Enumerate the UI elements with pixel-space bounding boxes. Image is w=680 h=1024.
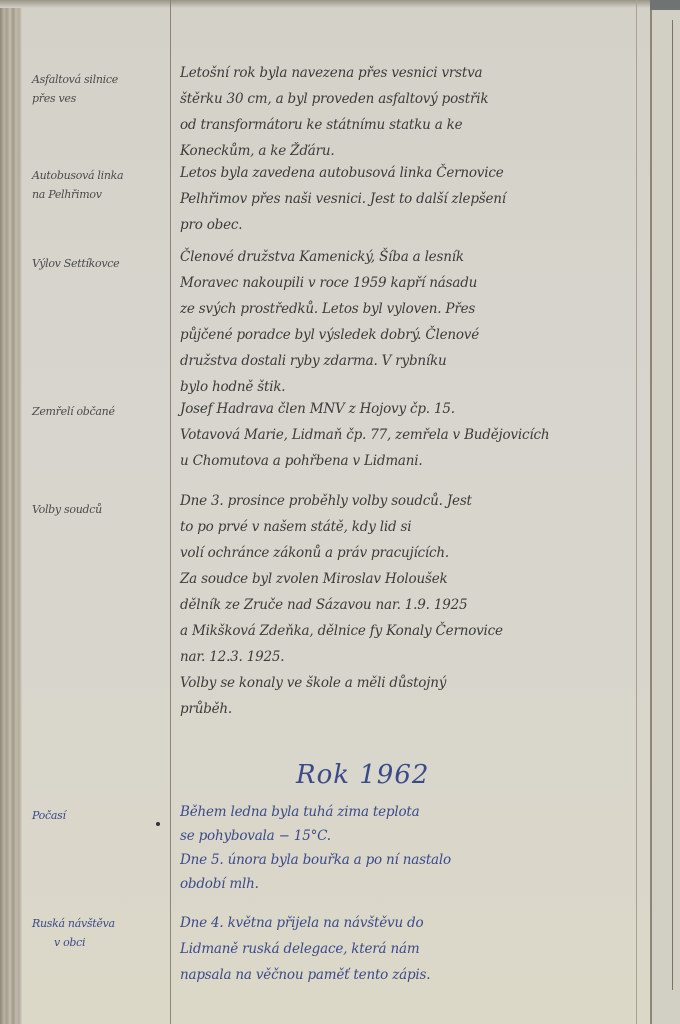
text-line: Dne 5. února byla bouřka a po ní nastalo (180, 848, 635, 872)
text-line: štěrku 30 cm, a byl proveden asfaltový p… (180, 86, 635, 112)
label-line: Asfaltová silnice (32, 70, 164, 89)
label-line: Volby soudců (32, 500, 164, 519)
text-line: družstva dostali ryby zdarma. V rybníku (180, 348, 635, 374)
text-line: pro obec. (180, 212, 635, 238)
year-heading: Rok 1962 (296, 760, 429, 790)
label-line: v obci (32, 933, 164, 952)
entry-text-fish-harvest: Členové družstva Kamenický, Šíba a lesní… (180, 244, 635, 400)
text-line: Volby se konaly ve škole a měli důstojný (180, 670, 635, 696)
label-line: Zemřelí občané (32, 402, 164, 421)
text-line: Josef Hadrava člen MNV z Hojovy čp. 15. (180, 396, 635, 422)
text-line: Letošní rok byla navezena přes vesnici v… (180, 60, 635, 86)
adjacent-page-edge (650, 0, 680, 1024)
text-line: Za soudce byl zvolen Miroslav Holoušek (180, 566, 635, 592)
entry-text-bus-line: Letos byla zavedena autobusová linka Čer… (180, 160, 635, 238)
label-line: na Pelhřimov (32, 185, 164, 204)
entry-label-weather: Počasí (32, 806, 164, 825)
entry-label-bus-line: Autobusová linka na Pelhřimov (32, 166, 164, 204)
text-line: Členové družstva Kamenický, Šíba a lesní… (180, 244, 635, 270)
label-line: Autobusová linka (32, 166, 164, 185)
entry-text-russian-visit: Dne 4. května přijela na návštěvu do Lid… (180, 910, 635, 988)
page-top-shadow (0, 0, 680, 8)
ink-dot (156, 822, 160, 826)
label-line: Počasí (32, 806, 164, 825)
text-line: to po prvé v našem státě, kdy lid si (180, 514, 635, 540)
text-line: Lidmaně ruská delegace, která nám (180, 936, 635, 962)
label-line: Výlov Settíkovce (32, 254, 164, 273)
text-line: se pohybovala − 15°C. (180, 824, 635, 848)
text-line: ze svých prostředků. Letos byl vyloven. … (180, 296, 635, 322)
text-line: Dne 3. prosince proběhly volby soudců. J… (180, 488, 635, 514)
text-line: volí ochránce zákonů a práv pracujících. (180, 540, 635, 566)
entry-label-deceased: Zemřelí občané (32, 402, 164, 421)
text-line: Votavová Marie, Lidmaň čp. 77, zemřela v… (180, 422, 635, 448)
text-line: Pelhřimov přes naši vesnici. Jest to dal… (180, 186, 635, 212)
text-line: období mlh. (180, 872, 635, 896)
entry-text-deceased: Josef Hadrava člen MNV z Hojovy čp. 15. … (180, 396, 635, 474)
text-line: půjčené poradce byl výsledek dobrý. Člen… (180, 322, 635, 348)
text-line: dělník ze Zruče nad Sázavou nar. 1.9. 19… (180, 592, 635, 618)
entry-label-judge-elections: Volby soudců (32, 500, 164, 519)
text-line: Dne 4. května přijela na návštěvu do (180, 910, 635, 936)
text-line: od transformátoru ke státnímu statku a k… (180, 112, 635, 138)
entry-label-russian-visit: Ruská návštěva v obci (32, 914, 164, 952)
book-binding-edge (0, 0, 22, 1024)
background-corner (650, 0, 680, 10)
entry-text-asphalt-road: Letošní rok byla navezena přes vesnici v… (180, 60, 635, 164)
text-line: nar. 12.3. 1925. (180, 644, 635, 670)
entry-label-fish-harvest: Výlov Settíkovce (32, 254, 164, 273)
text-line: průběh. (180, 696, 635, 722)
text-line: Moravec nakoupili v roce 1959 kapří nása… (180, 270, 635, 296)
text-line: Během ledna byla tuhá zima teplota (180, 800, 635, 824)
label-line: Ruská návštěva (32, 914, 164, 933)
text-line: napsala na věčnou paměť tento zápis. (180, 962, 635, 988)
entry-text-judge-elections: Dne 3. prosince proběhly volby soudců. J… (180, 488, 635, 722)
entry-text-weather: Během ledna byla tuhá zima teplota se po… (180, 800, 635, 896)
text-line: Letos byla zavedena autobusová linka Čer… (180, 160, 635, 186)
text-line: u Chomutova a pohřbena v Lidmani. (180, 448, 635, 474)
label-line: přes ves (32, 89, 164, 108)
margin-column-rule (170, 0, 171, 1024)
entry-label-asphalt-road: Asfaltová silnice přes ves (32, 70, 164, 108)
text-line: a Mikšková Zdeňka, dělnice fy Konaly Čer… (180, 618, 635, 644)
right-margin-rule (636, 0, 637, 1024)
